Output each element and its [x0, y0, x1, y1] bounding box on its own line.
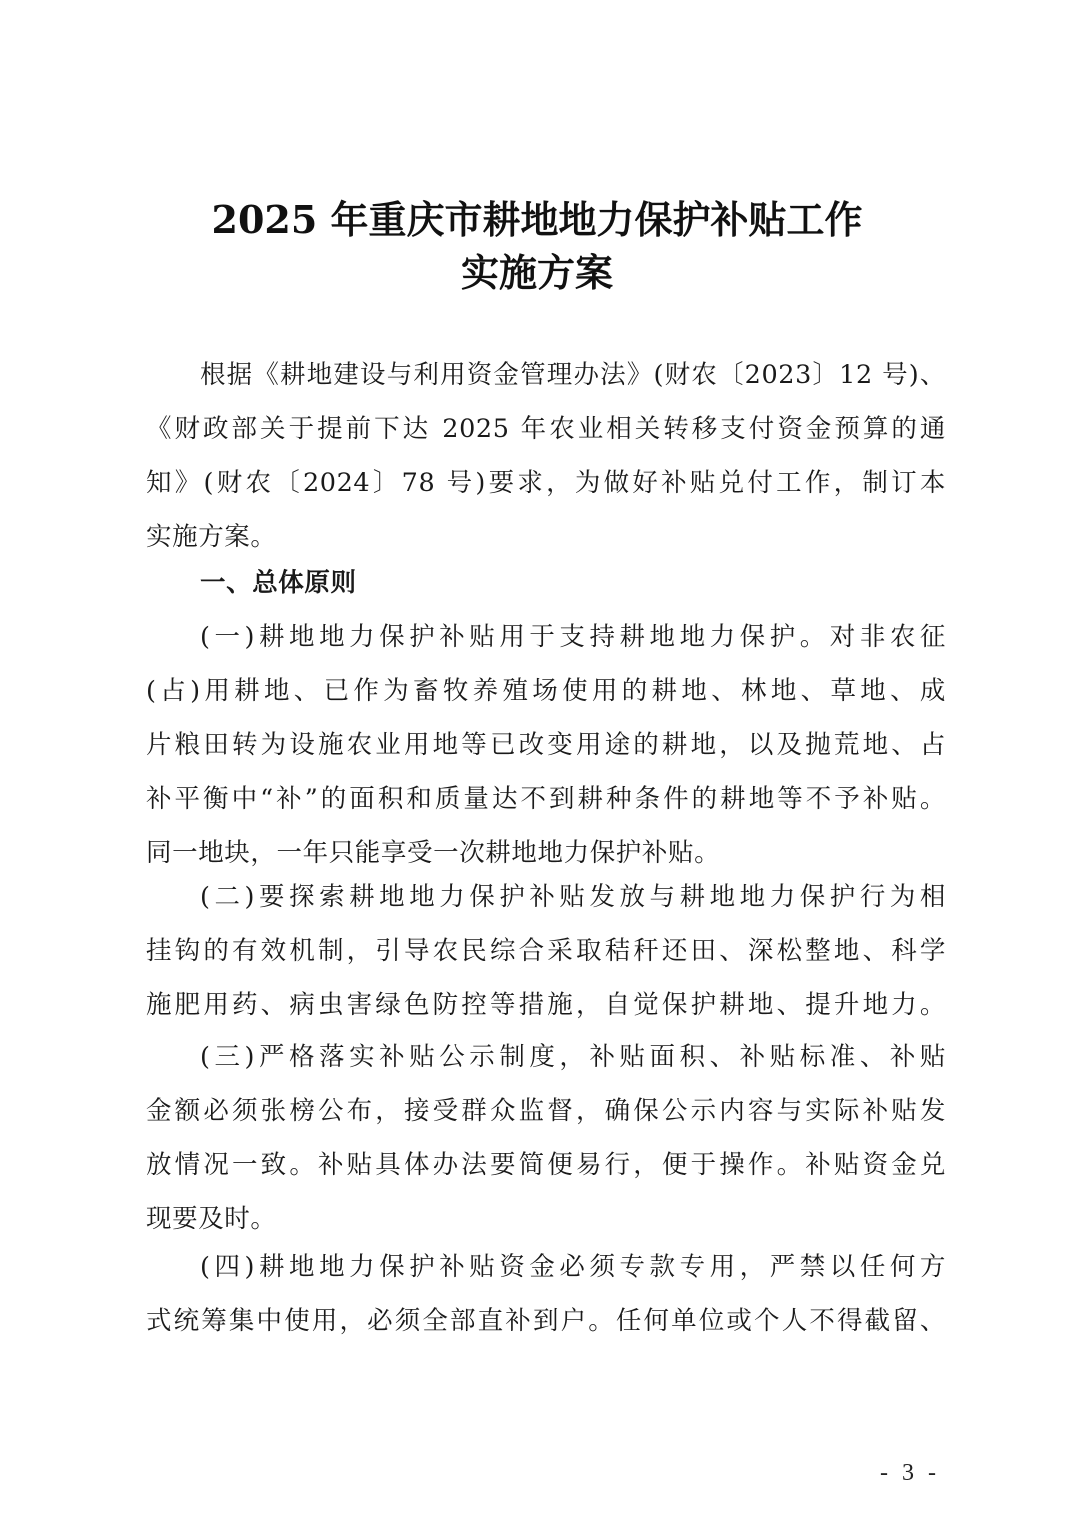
- para1-line-5: 同一地块，一年只能享受一次耕地地力保护补贴。: [146, 836, 946, 870]
- intro-line-3: 知》(财农〔2024〕78 号)要求，为做好补贴兑付工作，制订本: [146, 466, 946, 500]
- para1-line-2: (占)用耕地、已作为畜牧养殖场使用的耕地、林地、草地、成: [146, 674, 946, 708]
- para3-line-3: 放情况一致。补贴具体办法要简便易行，便于操作。补贴资金兑: [146, 1148, 946, 1182]
- para2-line-3: 施肥用药、病虫害绿色防控等措施，自觉保护耕地、提升地力。: [146, 988, 946, 1022]
- para4-line-2: 式统筹集中使用，必须全部直补到户。任何单位或个人不得截留、: [146, 1304, 946, 1338]
- intro-line-1: 根据《耕地建设与利用资金管理办法》(财农〔2023〕12 号)、: [200, 358, 946, 392]
- document-title-line-2: 实施方案: [0, 251, 1074, 295]
- para3-line-2: 金额必须张榜公布，接受群众监督，确保公示内容与实际补贴发: [146, 1094, 946, 1128]
- para2-line-2: 挂钩的有效机制，引导农民综合采取秸秆还田、深松整地、科学: [146, 934, 946, 968]
- document-title-line-1: 2025 年重庆市耕地地力保护补贴工作: [0, 198, 1074, 242]
- intro-line-2: 《财政部关于提前下达 2025 年农业相关转移支付资金预算的通: [146, 412, 946, 446]
- para4-line-1: (四)耕地地力保护补贴资金必须专款专用，严禁以任何方: [200, 1250, 946, 1284]
- document-page: 2025 年重庆市耕地地力保护补贴工作 实施方案 根据《耕地建设与利用资金管理办…: [0, 0, 1074, 1520]
- para3-line-4: 现要及时。: [146, 1202, 946, 1236]
- section-heading: 一、总体原则: [200, 566, 1000, 600]
- para2-line-1: (二)要探索耕地地力保护补贴发放与耕地地力保护行为相: [200, 880, 946, 914]
- para1-line-3: 片粮田转为设施农业用地等已改变用途的耕地，以及抛荒地、占: [146, 728, 946, 762]
- page-number: - 3 -: [870, 1460, 950, 1487]
- para1-line-1: (一)耕地地力保护补贴用于支持耕地地力保护。对非农征: [200, 620, 946, 654]
- para3-line-1: (三)严格落实补贴公示制度，补贴面积、补贴标准、补贴: [200, 1040, 946, 1074]
- para1-line-4: 补平衡中“补”的面积和质量达不到耕种条件的耕地等不予补贴。: [146, 782, 946, 816]
- intro-line-4: 实施方案。: [146, 520, 946, 554]
